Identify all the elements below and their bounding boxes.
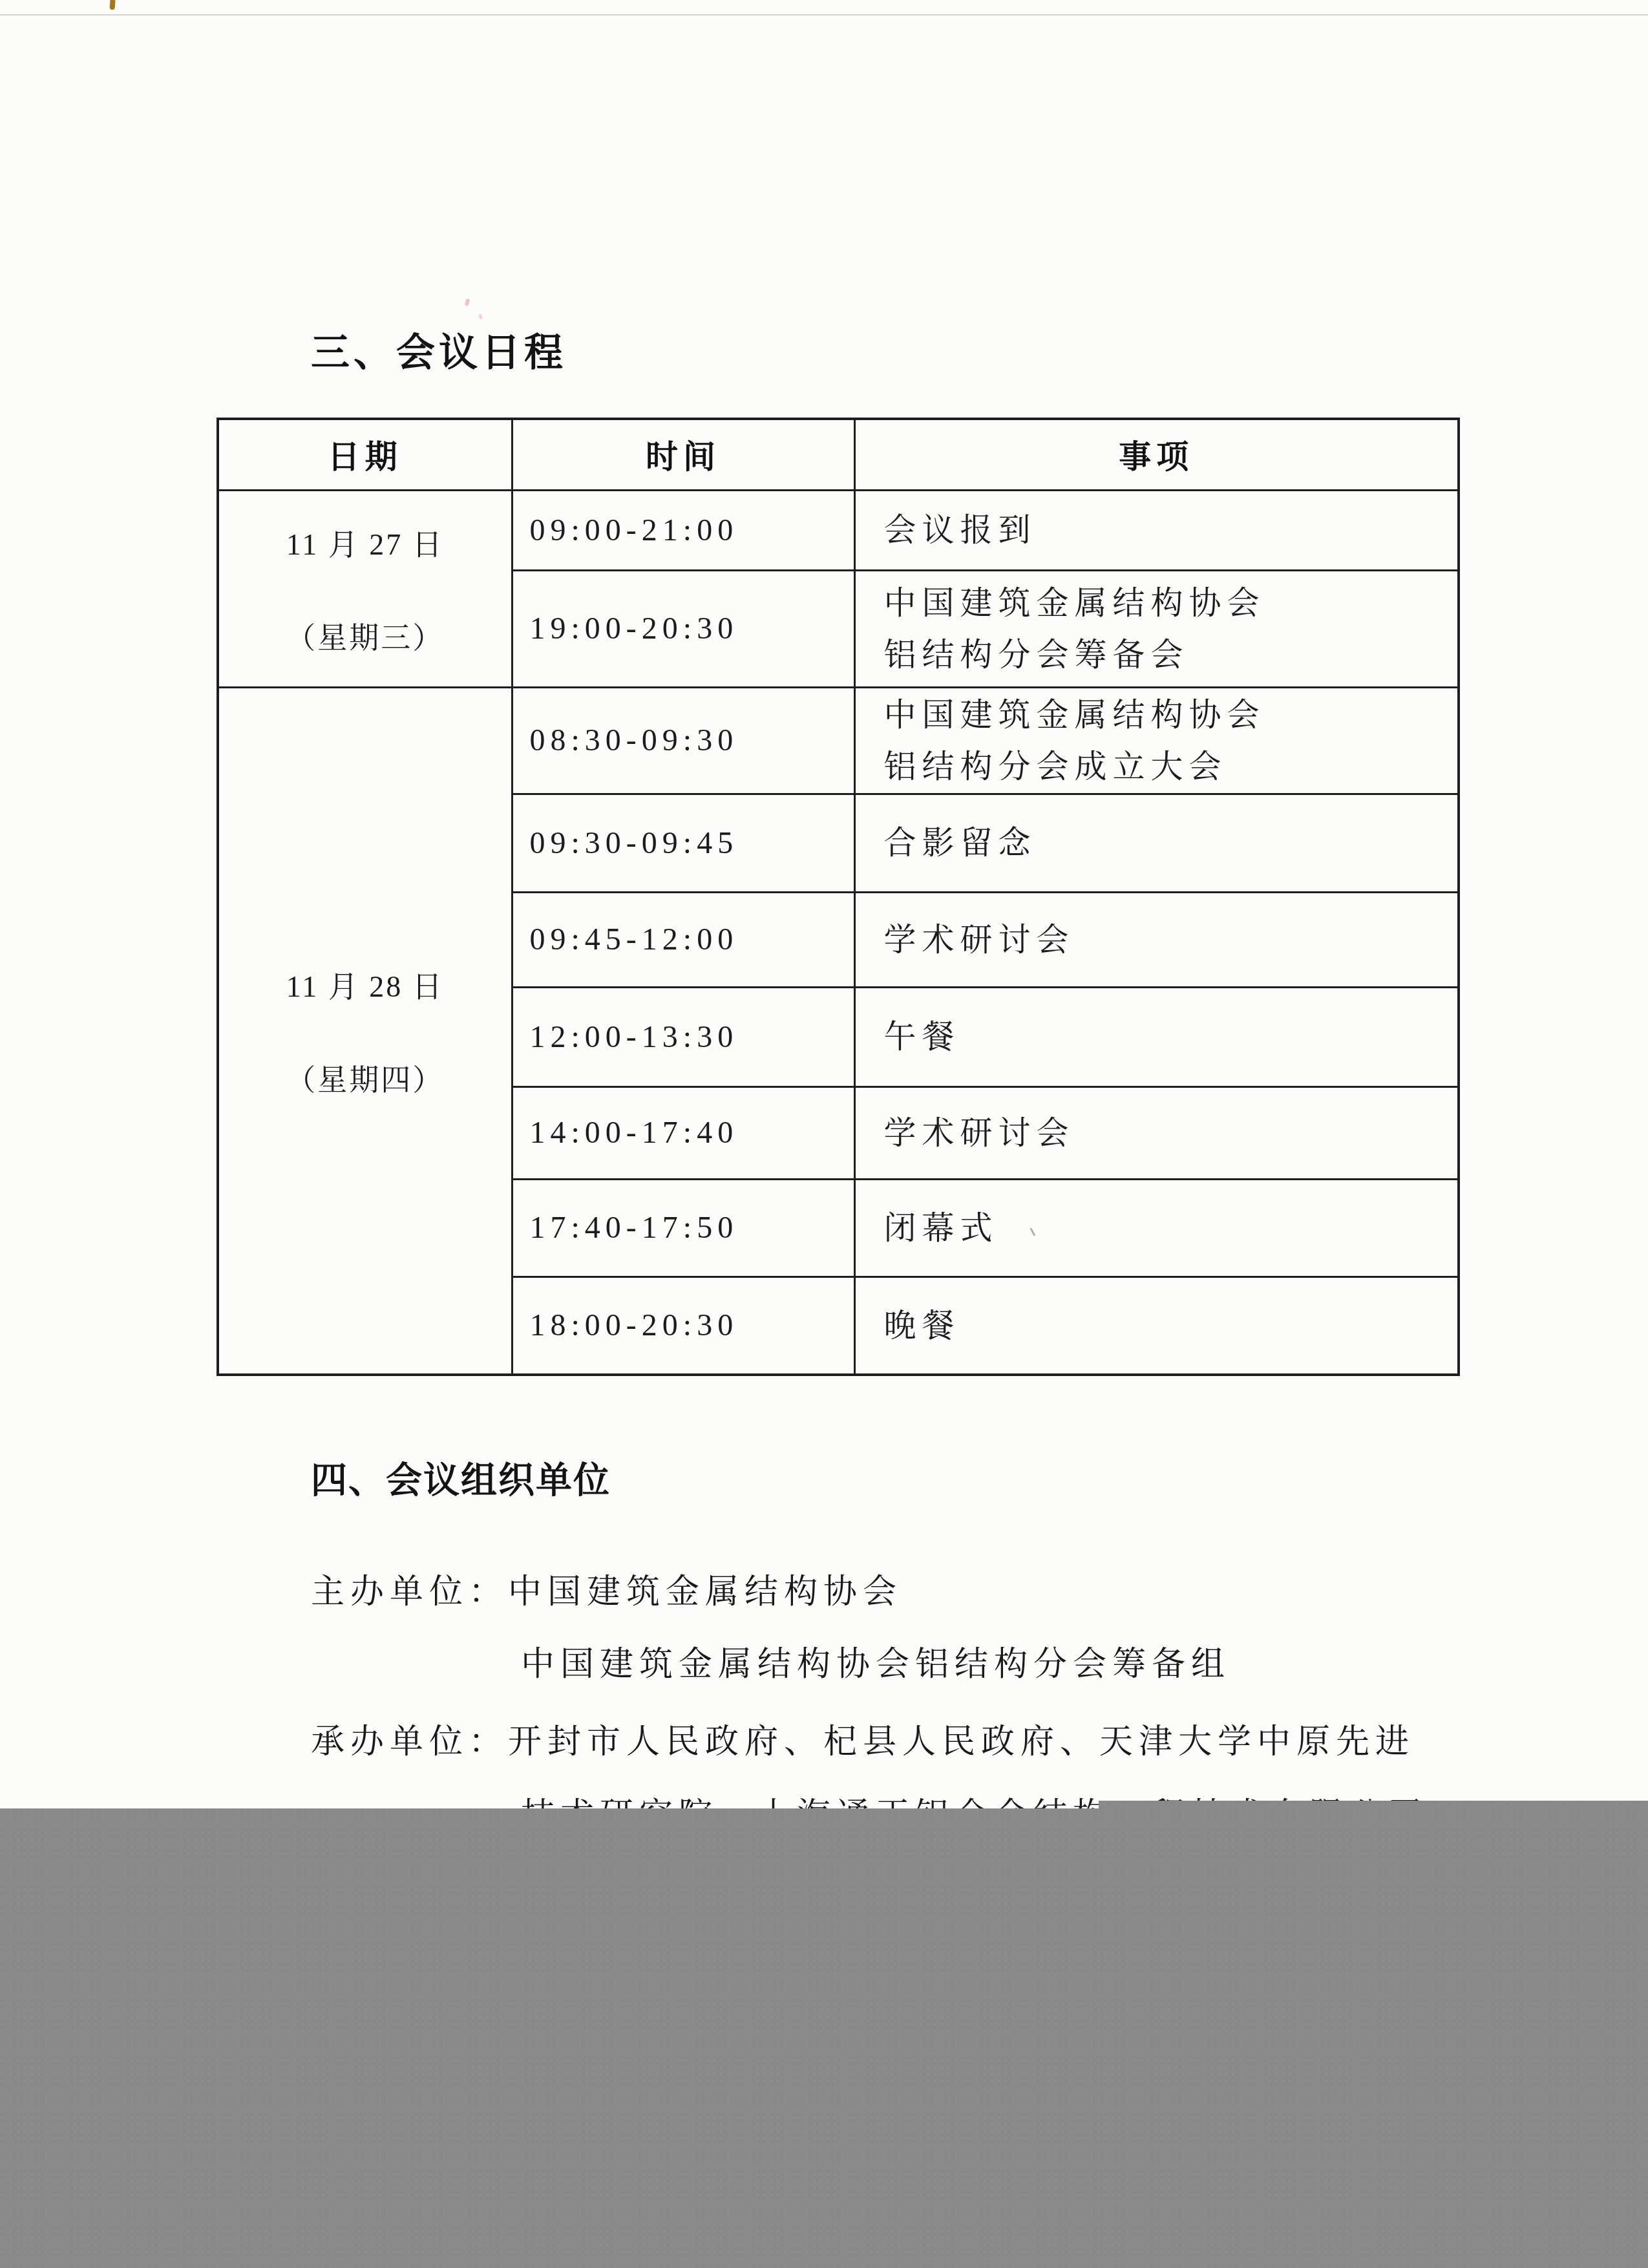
host-organizer-line: 主办单位：中国建筑金属结构协会 [311, 1564, 902, 1613]
event-line: 铝结构分会成立大会 [884, 741, 1458, 792]
host-organizer-line2: 中国建筑金属结构协会铝结构分会筹备组 [521, 1637, 1231, 1685]
time-cell: 14:00-17:40 [512, 1086, 854, 1179]
event-line: 闭幕式 [884, 1202, 1458, 1254]
date-cell-nov28: 11 月 28 日 （星期四） [218, 687, 512, 1375]
event-line: 中国建筑金属结构协会 [884, 577, 1458, 629]
time-cell: 08:30-09:30 [512, 687, 854, 794]
table-row: 11 月 28 日 （星期四） 08:30-09:30 中国建筑金属结构协会 铝… [218, 687, 1459, 794]
date-line-1: 11 月 28 日 [219, 963, 511, 1006]
column-header-date: 日期 [218, 419, 512, 490]
column-header-time: 时间 [512, 419, 854, 490]
scan-edge-line [0, 14, 1648, 16]
schedule-table: 日期 时间 事项 11 月 27 日 （星期三） 09:00-21:00 会议报… [217, 418, 1460, 1376]
undertaker-value: 开封市人民政府、杞县人民政府、天津大学中原先进 [508, 1724, 1415, 1761]
time-cell: 18:00-20:30 [512, 1277, 854, 1375]
event-cell: 合影留念 [854, 794, 1459, 892]
scan-gray-bar [0, 1801, 1648, 2268]
event-cell: 中国建筑金属结构协会 铝结构分会筹备会 [854, 570, 1459, 687]
host-label: 主办单位： [311, 1574, 508, 1611]
column-header-item: 事项 [854, 419, 1459, 490]
undertaker-line: 承办单位：开封市人民政府、杞县人民政府、天津大学中原先进 [311, 1714, 1415, 1763]
scan-mark-pink [465, 298, 470, 306]
time-cell: 17:40-17:50 [512, 1179, 854, 1277]
event-line: 午餐 [884, 1011, 1458, 1063]
host-value: 中国建筑金属结构协会 [508, 1574, 902, 1611]
date-line-2: （星期三） [219, 614, 511, 657]
section-3-heading: 三、会议日程 [311, 322, 567, 377]
event-cell: 闭幕式 [854, 1179, 1459, 1277]
event-line: 会议报到 [884, 504, 1458, 556]
event-line: 中国建筑金属结构协会 [884, 689, 1458, 741]
event-line: 晚餐 [884, 1300, 1458, 1351]
time-cell: 12:00-13:30 [512, 987, 854, 1086]
scan-mark-pink [478, 313, 483, 319]
time-cell: 09:30-09:45 [512, 794, 854, 892]
event-line: 合影留念 [884, 817, 1458, 869]
time-cell: 19:00-20:30 [512, 570, 854, 687]
document-page: 三、会议日程 日期 时间 事项 11 月 27 日 （星期三） 09:00-21… [0, 0, 1648, 2268]
event-line: 学术研讨会 [884, 1107, 1458, 1159]
event-cell: 学术研讨会 [854, 892, 1459, 987]
event-line: 学术研讨会 [884, 914, 1458, 966]
table-row: 11 月 27 日 （星期三） 09:00-21:00 会议报到 [218, 490, 1459, 570]
event-cell: 晚餐 [854, 1277, 1459, 1375]
time-cell: 09:00-21:00 [512, 490, 854, 570]
date-line-2: （星期四） [219, 1056, 511, 1099]
section-4-heading: 四、会议组织单位 [311, 1452, 611, 1503]
event-line: 铝结构分会筹备会 [884, 629, 1458, 681]
event-cell: 学术研讨会 [854, 1086, 1459, 1179]
event-cell: 中国建筑金属结构协会 铝结构分会成立大会 [854, 687, 1459, 794]
scan-mark-orange [109, 0, 115, 10]
event-cell: 会议报到 [854, 490, 1459, 570]
date-line-1: 11 月 27 日 [219, 521, 511, 564]
undertaker-label: 承办单位： [311, 1724, 508, 1761]
time-cell: 09:45-12:00 [512, 892, 854, 987]
date-cell-nov27: 11 月 27 日 （星期三） [218, 490, 512, 687]
event-cell: 午餐 [854, 987, 1459, 1086]
